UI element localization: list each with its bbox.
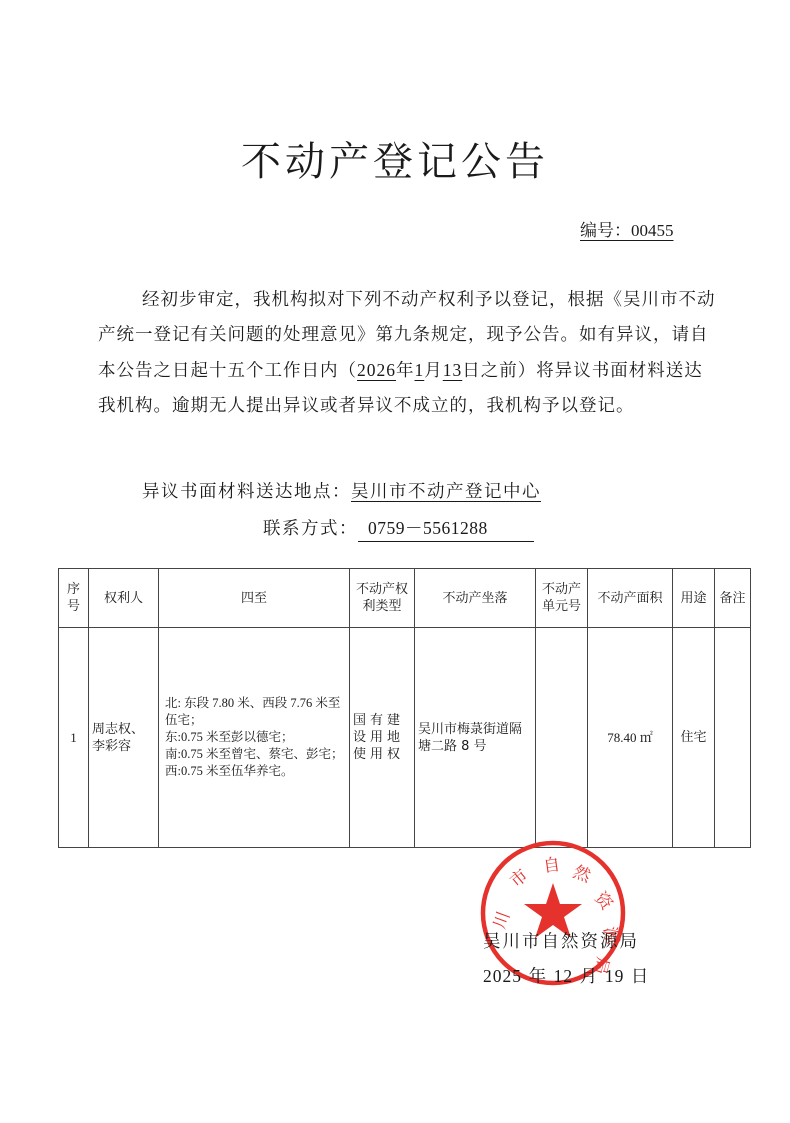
boundary-north: 北: 东段 7.80 米、西段 7.76 米至伍宅； xyxy=(165,695,346,729)
document-number-value: 00455 xyxy=(631,221,674,240)
objection-address: 吴川市不动产登记中心 xyxy=(351,482,541,502)
cell-right-type: 国有建设用地使用权 xyxy=(350,628,415,848)
cell-index: 1 xyxy=(59,628,89,848)
issue-date-year: 2025 xyxy=(483,966,522,986)
document-number: 编号：00455 xyxy=(580,216,674,241)
table-header-row: 序号 权利人 四至 不动产权利类型 不动产坐落 不动产单元号 不动产面积 用途 … xyxy=(59,569,751,628)
contact-label: 联系方式： xyxy=(263,519,358,539)
svg-text:市: 市 xyxy=(506,866,532,892)
boundary-west: 西:0.75 米至伍华养宅。 xyxy=(165,763,346,780)
deadline-year-unit: 年 xyxy=(396,361,415,381)
svg-text:资: 资 xyxy=(590,888,617,915)
deadline-day: 13 xyxy=(443,360,463,380)
header-right-type: 不动产权利类型 xyxy=(350,569,415,628)
cell-boundaries: 北: 东段 7.80 米、西段 7.76 米至伍宅； 东:0.75 米至彭以德宅… xyxy=(159,628,350,848)
contact-row: 联系方式：0759－5561288 xyxy=(263,515,534,542)
cell-remarks xyxy=(715,628,751,848)
document-title: 不动产登记公告 xyxy=(0,130,790,187)
boundary-south-text: 0.75 米至曾宅、蔡宅、彭宅； xyxy=(181,747,344,761)
header-usage: 用途 xyxy=(673,569,715,628)
header-remarks: 备注 xyxy=(715,569,751,628)
boundary-east-label: 东: xyxy=(165,730,181,744)
contact-phone: 0759－5561288 xyxy=(358,515,534,542)
issuer-name: 吴川市自然资源局 xyxy=(483,928,639,953)
issue-date-month: 12 xyxy=(554,966,574,986)
header-holders: 权利人 xyxy=(89,569,159,628)
boundary-north-label: 北: xyxy=(165,696,181,710)
deadline-month: 1 xyxy=(415,360,425,380)
boundary-south: 南:0.75 米至曾宅、蔡宅、彭宅； xyxy=(165,746,346,763)
boundary-north-text: 东段 7.80 米、西段 7.76 米至伍宅； xyxy=(165,696,340,727)
svg-text:然: 然 xyxy=(570,862,594,887)
cell-holders: 周志权、李彩容 xyxy=(89,628,159,848)
objection-address-label: 异议书面材料送达地点： xyxy=(142,482,351,502)
deadline-month-unit: 月 xyxy=(424,361,443,381)
boundary-east: 东:0.75 米至彭以德宅； xyxy=(165,729,346,746)
issue-date-month-unit: 月 xyxy=(580,967,599,987)
header-unit-number: 不动产单元号 xyxy=(536,569,588,628)
issue-date: 2025 年 12 月 19 日 xyxy=(483,963,649,988)
table-row: 1 周志权、李彩容 北: 东段 7.80 米、西段 7.76 米至伍宅； 东:0… xyxy=(59,628,751,848)
boundary-south-label: 南: xyxy=(165,747,181,761)
cell-unit-number xyxy=(536,628,588,848)
deadline-year: 2026 xyxy=(357,360,396,380)
document-number-label: 编号： xyxy=(580,221,631,241)
issue-date-day: 19 xyxy=(605,966,625,986)
registration-table: 序号 权利人 四至 不动产权利类型 不动产坐落 不动产单元号 不动产面积 用途 … xyxy=(58,568,751,848)
cell-area: 78.40 ㎡ xyxy=(588,628,673,848)
issue-date-day-unit: 日 xyxy=(631,967,650,987)
notice-paragraph: 经初步审定，我机构拟对下列不动产权利予以登记，根据《吴川市不动产统一登记有关问题… xyxy=(98,283,718,424)
cell-location: 吴川市梅菉街道隔塘二路 8 号 xyxy=(415,628,536,848)
boundary-east-text: 0.75 米至彭以德宅； xyxy=(181,730,294,744)
header-index: 序号 xyxy=(59,569,89,628)
header-location: 不动产坐落 xyxy=(415,569,536,628)
deadline-day-unit: 日之前） xyxy=(462,361,536,381)
issue-date-year-unit: 年 xyxy=(529,967,548,987)
svg-text:自: 自 xyxy=(542,855,562,877)
boundary-west-label: 西: xyxy=(165,764,181,778)
header-area: 不动产面积 xyxy=(588,569,673,628)
objection-address-row: 异议书面材料送达地点：吴川市不动产登记中心 xyxy=(142,478,541,503)
cell-usage: 住宅 xyxy=(673,628,715,848)
boundary-west-text: 0.75 米至伍华养宅。 xyxy=(181,764,294,778)
header-boundaries: 四至 xyxy=(159,569,350,628)
